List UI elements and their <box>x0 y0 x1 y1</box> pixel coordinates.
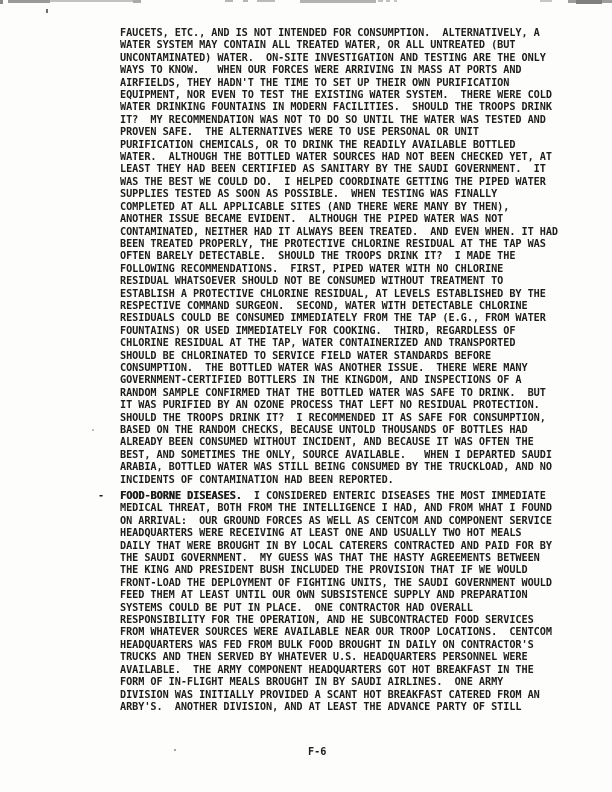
scan-artifact <box>540 0 552 2</box>
section-body-text: I CONSIDERED ENTERIC DISEASES THE MOST I… <box>120 491 552 713</box>
scan-artifact <box>50 0 135 2</box>
scan-artifact <box>174 749 176 751</box>
scan-artifact <box>386 0 390 2</box>
scan-artifact <box>0 0 3 4</box>
scan-artifact <box>394 0 397 2</box>
scan-artifact <box>300 0 376 3</box>
scan-artifact <box>92 429 94 431</box>
page-number: F-6 <box>308 747 326 759</box>
scan-artifact <box>378 0 383 2</box>
bullet-dash: - <box>98 491 104 503</box>
scan-artifact <box>225 0 233 2</box>
paragraph-water-consumption: FAUCETS, ETC., AND IS NOT INTENDED FOR C… <box>120 28 558 487</box>
scan-artifact <box>243 0 248 2</box>
scan-artifact <box>257 0 275 2</box>
scan-artifact <box>576 0 602 4</box>
scan-artifact <box>8 0 50 3</box>
scan-artifact <box>46 9 48 13</box>
document-page: FAUCETS, ETC., AND IS NOT INTENDED FOR C… <box>0 0 612 792</box>
scan-artifact <box>133 0 141 3</box>
paragraph-food-borne-diseases: FOOD-BORNE DISEASES. I CONSIDERED ENTERI… <box>120 491 552 714</box>
section-heading: FOOD-BORNE DISEASES. <box>120 491 242 502</box>
